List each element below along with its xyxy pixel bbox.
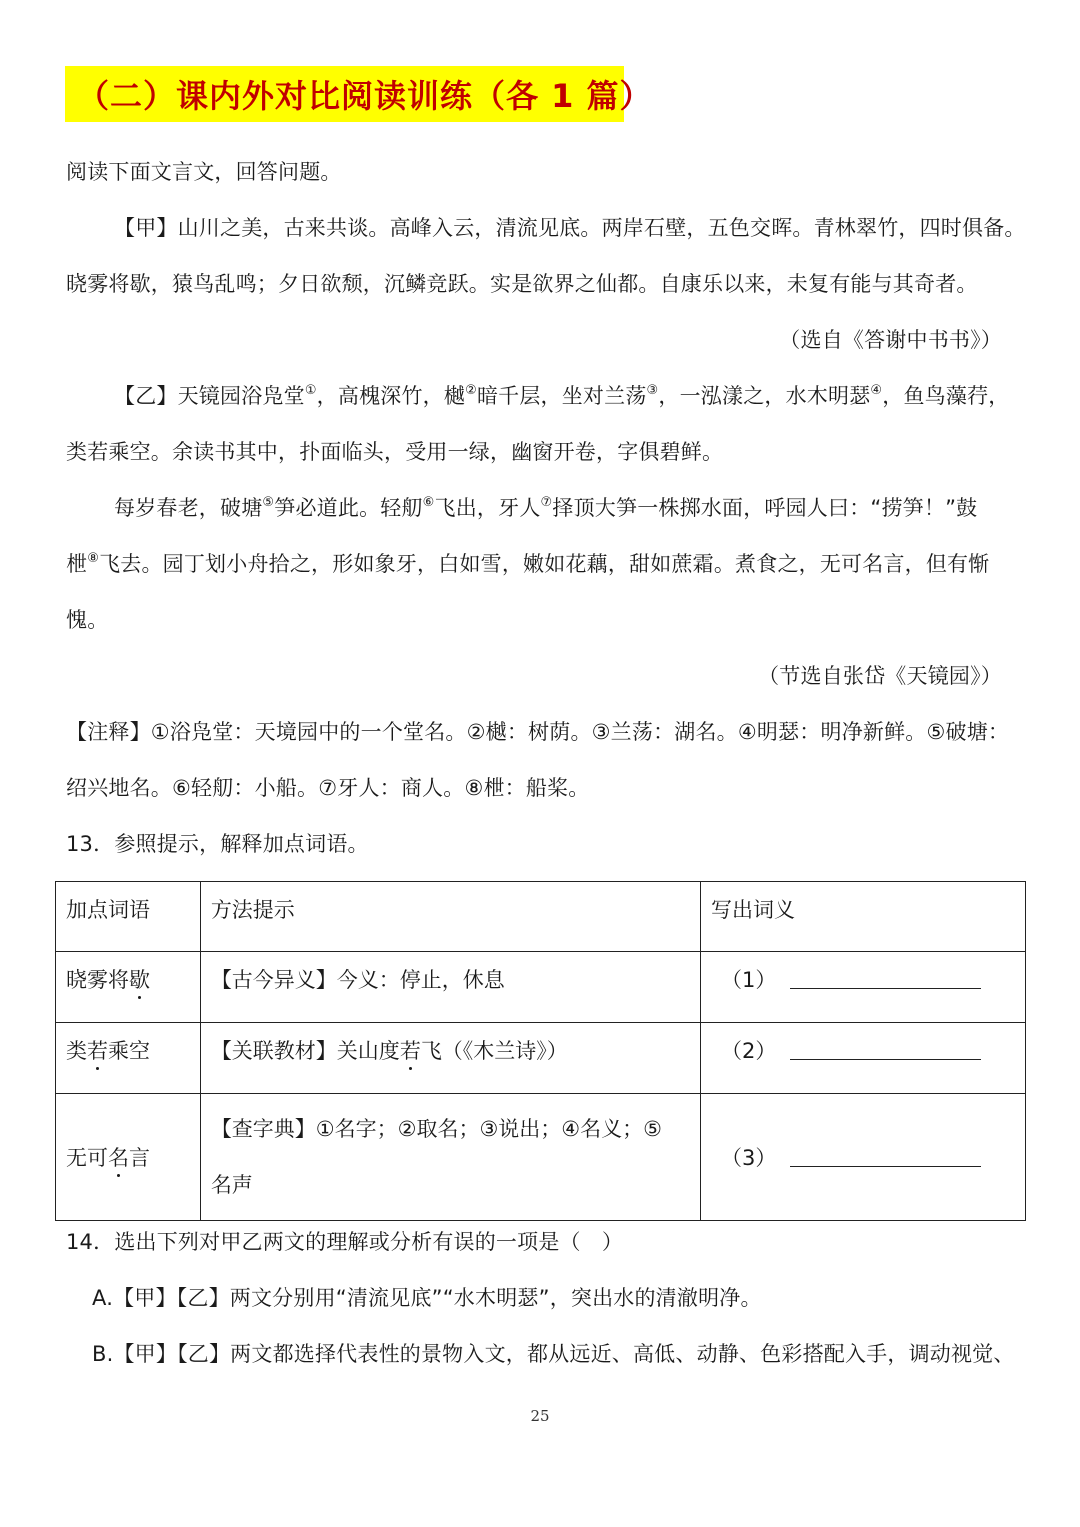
- hint-line-2: 名声: [211, 1157, 690, 1213]
- footnote-marker-4: ④: [870, 383, 882, 398]
- footnote-marker-5: ⑤: [262, 495, 274, 510]
- word-cell: 晓雾将歇: [56, 952, 201, 1023]
- passage-yi-line-5: 愧。: [66, 606, 108, 634]
- text-span: 择顶大笋一株掷水面，呼园人曰：“捞笋！”鼓: [552, 496, 977, 520]
- word-cell: 类若乘空: [56, 1023, 201, 1094]
- answer-cell: （1）: [701, 952, 1026, 1023]
- text-span: 飞去。园丁划小舟拾之，形如象牙，白如雪，嫩如花藕，甜如蔗霜。煮食之，无可名言，但…: [99, 552, 989, 576]
- notes-line-2: 绍兴地名。⑥轻舠：小船。⑦牙人：商人。⑧枻：船桨。: [66, 774, 589, 802]
- option-b: B.【甲】【乙】两文都选择代表性的景物入文，都从远近、高低、动静、色彩搭配入手，…: [92, 1340, 1015, 1368]
- passage-yi-line-3: 每岁春老，破塘⑤笋必道此。轻舠⑥飞出，牙人⑦择顶大笋一株掷水面，呼园人曰：“捞笋…: [114, 494, 977, 522]
- text-span: 笋必道此。轻舠: [274, 496, 422, 520]
- instruction-text: 阅读下面文言文，回答问题。: [66, 158, 342, 186]
- text-span: 【关联教材】关山度: [211, 1039, 400, 1063]
- word-cell: 无可名言: [56, 1094, 201, 1221]
- passage-jia-line-2: 晓雾将歇，猿鸟乱鸣；夕日欲颓，沉鳞竞跃。实是欲界之仙都。自康乐以来，未复有能与其…: [66, 270, 978, 298]
- answer-label: （2）: [721, 1035, 776, 1065]
- question-14-prompt: 14．选出下列对甲乙两文的理解或分析有误的一项是（ ）: [66, 1228, 623, 1256]
- text-span: 晓雾将: [66, 968, 129, 992]
- passage-yi-line-4: 枻⑧飞去。园丁划小舟拾之，形如象牙，白如雪，嫩如花藕，甜如蔗霜。煮食之，无可名言…: [66, 550, 989, 578]
- dotted-character: 若: [87, 1035, 108, 1065]
- passage-jia-source: （选自《答谢中书书》）: [779, 326, 1002, 354]
- text-span: 每岁春老，破塘: [114, 496, 262, 520]
- table-header-row: 加点词语 方法提示 写出词义: [56, 882, 1026, 952]
- question-13-table: 加点词语 方法提示 写出词义 晓雾将歇 【古今异义】今义：停止，休息 （1） 类…: [55, 881, 1026, 1221]
- header-cell-hint: 方法提示: [200, 882, 700, 952]
- passage-yi-line-1: 【乙】天镜园浴凫堂①，高槐深竹，樾②暗千层，坐对兰荡③，一泓漾之，水木明瑟④，鱼…: [114, 382, 1009, 410]
- text-span: 无可: [66, 1146, 108, 1170]
- table-row: 无可名言 【查字典】①名字；②取名；③说出；④名义；⑤ 名声 （3）: [56, 1094, 1026, 1221]
- text-span: ，鱼鸟藻荇，: [882, 384, 1009, 408]
- answer-blank-1[interactable]: [790, 970, 981, 989]
- answer-label: （1）: [721, 964, 776, 994]
- answer-cell: （2）: [701, 1023, 1026, 1094]
- table-row: 类若乘空 【关联教材】关山度若飞（《木兰诗》） （2）: [56, 1023, 1026, 1094]
- answer-blank-3[interactable]: [790, 1148, 981, 1167]
- text-span: 乘空: [108, 1039, 150, 1063]
- table-row: 晓雾将歇 【古今异义】今义：停止，休息 （1）: [56, 952, 1026, 1023]
- text-span: 类: [66, 1039, 87, 1063]
- dotted-character: 若: [400, 1035, 421, 1065]
- text-span: 飞（《木兰诗》）: [421, 1039, 568, 1063]
- question-13-prompt: 13．参照提示，解释加点词语。: [66, 830, 369, 858]
- text-span: ，一泓漾之，水木明瑟: [658, 384, 870, 408]
- footnote-marker-2: ②: [465, 383, 477, 398]
- header-cell-meaning: 写出词义: [701, 882, 1026, 952]
- text-span: 【乙】天镜园浴凫堂: [114, 384, 305, 408]
- answer-blank-2[interactable]: [790, 1041, 981, 1060]
- passage-yi-line-2: 类若乘空。余读书其中，扑面临头，受用一绿，幽窗开卷，字俱碧鲜。: [66, 438, 723, 466]
- text-span: ，高槐深竹，樾: [317, 384, 465, 408]
- dotted-character: 名: [108, 1142, 129, 1172]
- text-span: 枻: [66, 552, 87, 576]
- footnote-marker-3: ③: [647, 383, 659, 398]
- hint-cell: 【关联教材】关山度若飞（《木兰诗》）: [200, 1023, 700, 1094]
- footnote-marker-8: ⑧: [87, 551, 99, 566]
- notes-line-1: 【注释】①浴凫堂：天境园中的一个堂名。②樾：树荫。③兰荡：湖名。④明瑟：明净新鲜…: [66, 718, 1009, 746]
- header-cell-word: 加点词语: [56, 882, 201, 952]
- text-span: 言: [129, 1146, 150, 1170]
- footnote-marker-7: ⑦: [541, 495, 553, 510]
- footnote-marker-6: ⑥: [423, 495, 435, 510]
- page-number: 25: [0, 1407, 1080, 1425]
- passage-jia-line-1: 【甲】山川之美，古来共谈。高峰入云，清流见底。两岸石壁，五色交晖。青林翠竹，四时…: [114, 214, 1026, 242]
- hint-cell: 【古今异义】今义：停止，休息: [200, 952, 700, 1023]
- hint-line-1: 【查字典】①名字；②取名；③说出；④名义；⑤: [211, 1101, 690, 1157]
- hint-cell: 【查字典】①名字；②取名；③说出；④名义；⑤ 名声: [200, 1094, 700, 1221]
- text-span: 飞出，牙人: [435, 496, 541, 520]
- passage-yi-source: （节选自张岱《天镜园》）: [758, 662, 1002, 690]
- option-a: A.【甲】【乙】两文分别用“清流见底”“水木明瑟”，突出水的清澈明净。: [92, 1284, 762, 1312]
- dotted-character: 歇: [129, 964, 150, 994]
- section-title: （二）课内外对比阅读训练（各 1 篇）: [77, 71, 653, 117]
- footnote-marker-1: ①: [305, 383, 317, 398]
- answer-cell: （3）: [701, 1094, 1026, 1221]
- text-span: 暗千层，坐对兰荡: [477, 384, 647, 408]
- section-title-banner: （二）课内外对比阅读训练（各 1 篇）: [65, 66, 624, 122]
- answer-label: （3）: [721, 1142, 776, 1172]
